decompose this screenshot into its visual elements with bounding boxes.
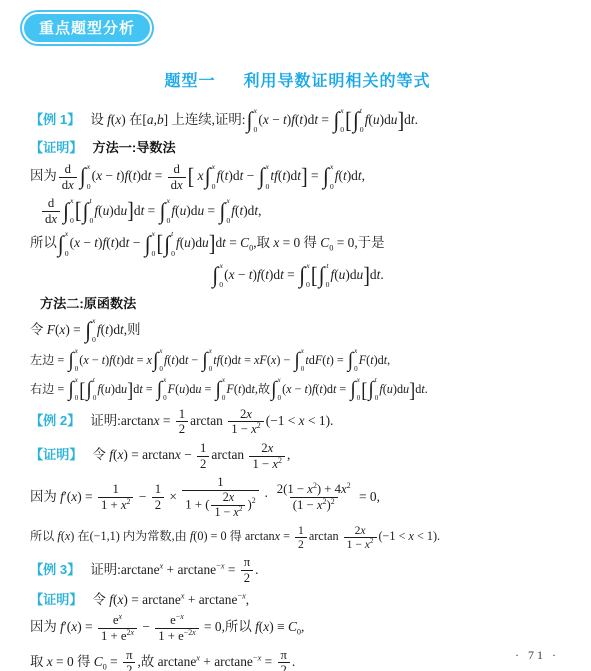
content-line: ∫x0(x − t)f(t)dt = ∫x0[∫t0f(u)du]dt. — [30, 262, 565, 289]
integral: ∫x0 — [350, 378, 360, 403]
math-text: 证明:arctanx = 12arctan 2x1 − x2(−1 < x < … — [90, 413, 333, 428]
math-text: 因为 f′(x) = ex1 + e2x − e−x1 + e−2x = 0,所… — [30, 619, 304, 634]
big-bracket: [ — [345, 109, 352, 132]
script-sup: −x — [176, 612, 184, 621]
integral-sign: ∫ — [294, 351, 299, 372]
topic-title-text: 利用导数证明相关的等式 — [244, 73, 431, 90]
big-bracket: [ — [75, 200, 82, 223]
integral: ∫x0 — [212, 262, 223, 289]
big-bracket: ] — [409, 380, 415, 401]
integral: ∫x0 — [323, 164, 334, 191]
topic-label: 题型一 — [164, 73, 215, 90]
fraction: 12 — [152, 482, 164, 512]
content-line: 【例 2】证明:arctanx = 12arctan 2x1 − x2(−1 <… — [30, 407, 565, 437]
example-label: 【例 3】 — [30, 562, 80, 577]
integral: ∫x0 — [271, 378, 281, 403]
math-text: 设 f(x) 在[a,b] 上连续,证明:∫x0(x − t)f(t)dt = … — [90, 112, 418, 127]
integral-sign: ∫ — [145, 233, 151, 256]
integral-sign: ∫ — [247, 109, 253, 132]
method-heading: 方法一:导数法 — [93, 140, 176, 155]
integral: ∫x0 — [63, 198, 74, 225]
fraction: 12 — [197, 441, 209, 471]
integral-sign: ∫ — [164, 233, 170, 256]
content-line: 令 F(x) = ∫x0f(t)dt,则 — [30, 317, 565, 344]
integral: ∫x0 — [247, 107, 258, 134]
fraction: ddx — [168, 162, 186, 192]
script-sup: 2 — [370, 537, 374, 545]
script-sup: x — [160, 561, 164, 570]
content-line: 所以∫x0(x − t)f(t)dt − ∫x0[∫t0f(u)du]dt = … — [30, 231, 565, 258]
content-line: 左边 = ∫x0(x − t)f(t)dt = x∫x0f(t)dt − ∫x0… — [30, 349, 565, 374]
integral: ∫x0 — [202, 349, 212, 374]
fraction: ex1 + e2x — [98, 613, 137, 643]
big-bracket: [ — [361, 380, 367, 401]
script-sub: 0 — [103, 662, 107, 671]
integral-sign: ∫ — [271, 380, 276, 401]
integral: ∫t0 — [164, 231, 175, 258]
math-text: 取 x = 0 得 C0 = π2,故 arctanex + arctane−x… — [30, 654, 295, 669]
integral-sign: ∫ — [153, 351, 158, 372]
content-line: 取 x = 0 得 C0 = π2,故 arctanex + arctane−x… — [30, 648, 565, 671]
big-bracket: ] — [301, 166, 308, 189]
example-label: 【例 2】 — [30, 413, 80, 428]
integral-sign: ∫ — [219, 200, 225, 223]
integral: ∫x0 — [160, 198, 171, 225]
integral: ∫t0 — [86, 378, 96, 403]
fraction: 11 + (2x1 − x2)2 — [182, 475, 258, 519]
integral-sign: ∫ — [368, 380, 373, 401]
method-heading: 方法二:原函数法 — [40, 296, 136, 311]
integral-sign: ∫ — [86, 380, 91, 401]
example-label: 【证明】 — [30, 592, 83, 607]
integral-sign: ∫ — [319, 264, 325, 287]
content-line: 【证明】方法一:导数法 — [30, 138, 565, 158]
script-sup: −x — [253, 653, 261, 662]
integral-sign: ∫ — [80, 166, 86, 189]
script-sub: 0 — [329, 244, 333, 253]
content-line: 【例 1】设 f(x) 在[a,b] 上连续,证明:∫x0(x − t)f(t)… — [30, 107, 565, 134]
script-sup: x — [119, 612, 123, 621]
script-sup: x — [181, 591, 185, 600]
fraction: π2 — [278, 648, 290, 671]
example-label: 【证明】 — [30, 140, 83, 155]
fraction: ddx — [42, 196, 60, 226]
integral: ∫x0 — [215, 378, 225, 403]
fraction: 2(1 − x2) + 4x2(1 − x2)2 — [274, 482, 354, 512]
integral-sign: ∫ — [259, 166, 265, 189]
script-sup: −x — [216, 561, 224, 570]
fraction: 2x1 − x2 — [249, 441, 285, 471]
script-sup: 2 — [347, 481, 351, 490]
integral-sign: ∫ — [299, 264, 305, 287]
script-sup: 2 — [257, 421, 261, 430]
integral-sign: ∫ — [205, 166, 211, 189]
example-label: 【例 1】 — [30, 112, 80, 127]
fraction: 2x1 − x2 — [211, 491, 245, 520]
integral-sign: ∫ — [350, 380, 355, 401]
script-sup: −x — [237, 591, 245, 600]
math-text: 证明:arctanex + arctane−x = π2. — [90, 562, 258, 577]
fraction: 12 — [295, 524, 307, 552]
integral: ∫x0 — [80, 164, 91, 191]
script-sup: 2 — [323, 497, 327, 506]
integral-sign: ∫ — [160, 200, 166, 223]
script-sup: x — [196, 653, 200, 662]
content-line: 因为ddx∫x0(x − t)f(t)dt = ddx[ x∫x0f(t)dt … — [30, 162, 565, 192]
integral: ∫t0 — [368, 378, 378, 403]
math-text: 因为 f′(x) = 11 + x2 − 12 × 11 + (2x1 − x2… — [30, 489, 380, 504]
script-sup: 2 — [127, 497, 131, 506]
content-line: 右边 = ∫x0[∫t0f(u)du]dt = ∫x0F(u)du = ∫x0F… — [30, 378, 565, 403]
content-line: 【证明】令 f(x) = arctanex + arctane−x, — [30, 590, 565, 610]
math-text: ∫x0(x − t)f(t)dt = ∫x0[∫t0f(u)du]dt. — [211, 267, 383, 282]
math-text: 左边 = ∫x0(x − t)f(t)dt = x∫x0f(t)dt − ∫x0… — [30, 353, 390, 367]
integral: ∫t0 — [83, 198, 94, 225]
math-text: 令 F(x) = ∫x0f(t)dt,则 — [30, 322, 141, 337]
integral: ∫x0 — [205, 164, 216, 191]
integral: ∫x0 — [348, 349, 358, 374]
script-sup: 2 — [331, 497, 335, 506]
math-text: 所以 f(x) 在(−1,1) 内为常数,由 f(0) = 0 得 arctan… — [30, 529, 440, 543]
fraction: 11 + x2 — [98, 482, 134, 512]
script-sup: 2x — [127, 628, 134, 637]
math-text: 令 f(x) = arctanex + arctane−x, — [93, 592, 250, 607]
integral: ∫x0 — [85, 317, 96, 344]
fraction: 2x1 − x2 — [344, 524, 377, 552]
content-line: 因为 f′(x) = 11 + x2 − 12 × 11 + (2x1 − x2… — [30, 475, 565, 519]
integral: ∫x0 — [333, 107, 344, 134]
fraction: π2 — [123, 648, 135, 671]
integral: ∫x0 — [68, 349, 78, 374]
integral: ∫x0 — [299, 262, 310, 289]
integral-sign: ∫ — [68, 351, 73, 372]
math-text: 因为ddx∫x0(x − t)f(t)dt = ddx[ x∫x0f(t)dt … — [30, 168, 365, 183]
integral-sign: ∫ — [58, 233, 64, 256]
integral-sign: ∫ — [333, 109, 339, 132]
integral-sign: ∫ — [353, 109, 359, 132]
big-bracket: [ — [188, 166, 195, 189]
fraction: 12 — [176, 407, 188, 437]
script-sup: −2x — [184, 628, 196, 637]
textbook-page: 重点题型分析 题型一利用导数证明相关的等式 【例 1】设 f(x) 在[a,b]… — [0, 0, 591, 671]
big-bracket: ] — [397, 109, 404, 132]
example-label: 【证明】 — [30, 447, 83, 462]
content-line: 因为 f′(x) = ex1 + e2x − e−x1 + e−2x = 0,所… — [30, 613, 565, 643]
integral-sign: ∫ — [157, 380, 162, 401]
integral: ∫x0 — [145, 231, 156, 258]
big-bracket: [ — [311, 264, 318, 287]
section-badge: 重点题型分析 — [22, 12, 152, 44]
script-sup: 2 — [313, 481, 317, 490]
script-sub: 0 — [249, 244, 253, 253]
big-bracket: [ — [156, 233, 163, 256]
math-text: 令 f(x) = arctanx − 12arctan 2x1 − x2, — [93, 447, 291, 462]
integral-sign: ∫ — [215, 380, 220, 401]
integral-sign: ∫ — [348, 351, 353, 372]
script-sup: 2 — [278, 455, 282, 464]
page-footer: · 71 · — [515, 648, 559, 663]
integral-sign: ∫ — [83, 200, 89, 223]
content-line: 所以 f(x) 在(−1,1) 内为常数,由 f(0) = 0 得 arctan… — [30, 524, 565, 552]
script-sub: 0 — [297, 628, 301, 637]
integral: ∫x0 — [58, 231, 69, 258]
script-sup: 2 — [252, 496, 256, 505]
integral-sign: ∫ — [85, 320, 91, 343]
big-bracket: ] — [363, 264, 370, 287]
topic-title: 题型一利用导数证明相关的等式 — [30, 68, 565, 91]
content-line: ddx∫x0[∫t0f(u)du]dt = ∫x0f(u)du = ∫x0f(t… — [40, 196, 565, 226]
integral: ∫x0 — [157, 378, 167, 403]
integral: ∫x0 — [294, 349, 304, 374]
integral: ∫x0 — [219, 198, 230, 225]
integral-sign: ∫ — [323, 166, 329, 189]
section-badge-label: 重点题型分析 — [39, 20, 135, 37]
big-bracket: ] — [127, 200, 134, 223]
integral: ∫t0 — [319, 262, 330, 289]
fraction: 2x1 − x2 — [228, 407, 264, 437]
integral: ∫t0 — [353, 107, 364, 134]
fraction: e−x1 + e−2x — [155, 613, 198, 643]
integral: ∫x0 — [153, 349, 163, 374]
fraction: π2 — [241, 555, 253, 585]
fraction: ddx — [59, 162, 77, 192]
integral-sign: ∫ — [63, 200, 69, 223]
integral: ∫x0 — [259, 164, 270, 191]
integral-sign: ∫ — [68, 380, 73, 401]
integral-sign: ∫ — [202, 351, 207, 372]
big-bracket: [ — [79, 380, 85, 401]
integral: ∫x0 — [68, 378, 78, 403]
math-text: 所以∫x0(x − t)f(t)dt − ∫x0[∫t0f(u)du]dt = … — [30, 235, 384, 250]
big-bracket: ] — [209, 233, 216, 256]
script-sup: 2 — [239, 504, 243, 513]
page-number: · 71 · — [515, 648, 559, 662]
content-line: 【例 3】证明:arctanex + arctane−x = π2. — [30, 555, 565, 585]
math-text: ddx∫x0[∫t0f(u)du]dt = ∫x0f(u)du = ∫x0f(t… — [40, 203, 261, 218]
content-lines: 【例 1】设 f(x) 在[a,b] 上连续,证明:∫x0(x − t)f(t)… — [30, 107, 565, 671]
content-line: 【证明】令 f(x) = arctanx − 12arctan 2x1 − x2… — [30, 441, 565, 471]
content-line: 方法二:原函数法 — [40, 294, 565, 314]
integral-sign: ∫ — [212, 264, 218, 287]
big-bracket: ] — [127, 380, 133, 401]
math-text: 右边 = ∫x0[∫t0f(u)du]dt = ∫x0F(u)du = ∫x0F… — [30, 382, 428, 396]
